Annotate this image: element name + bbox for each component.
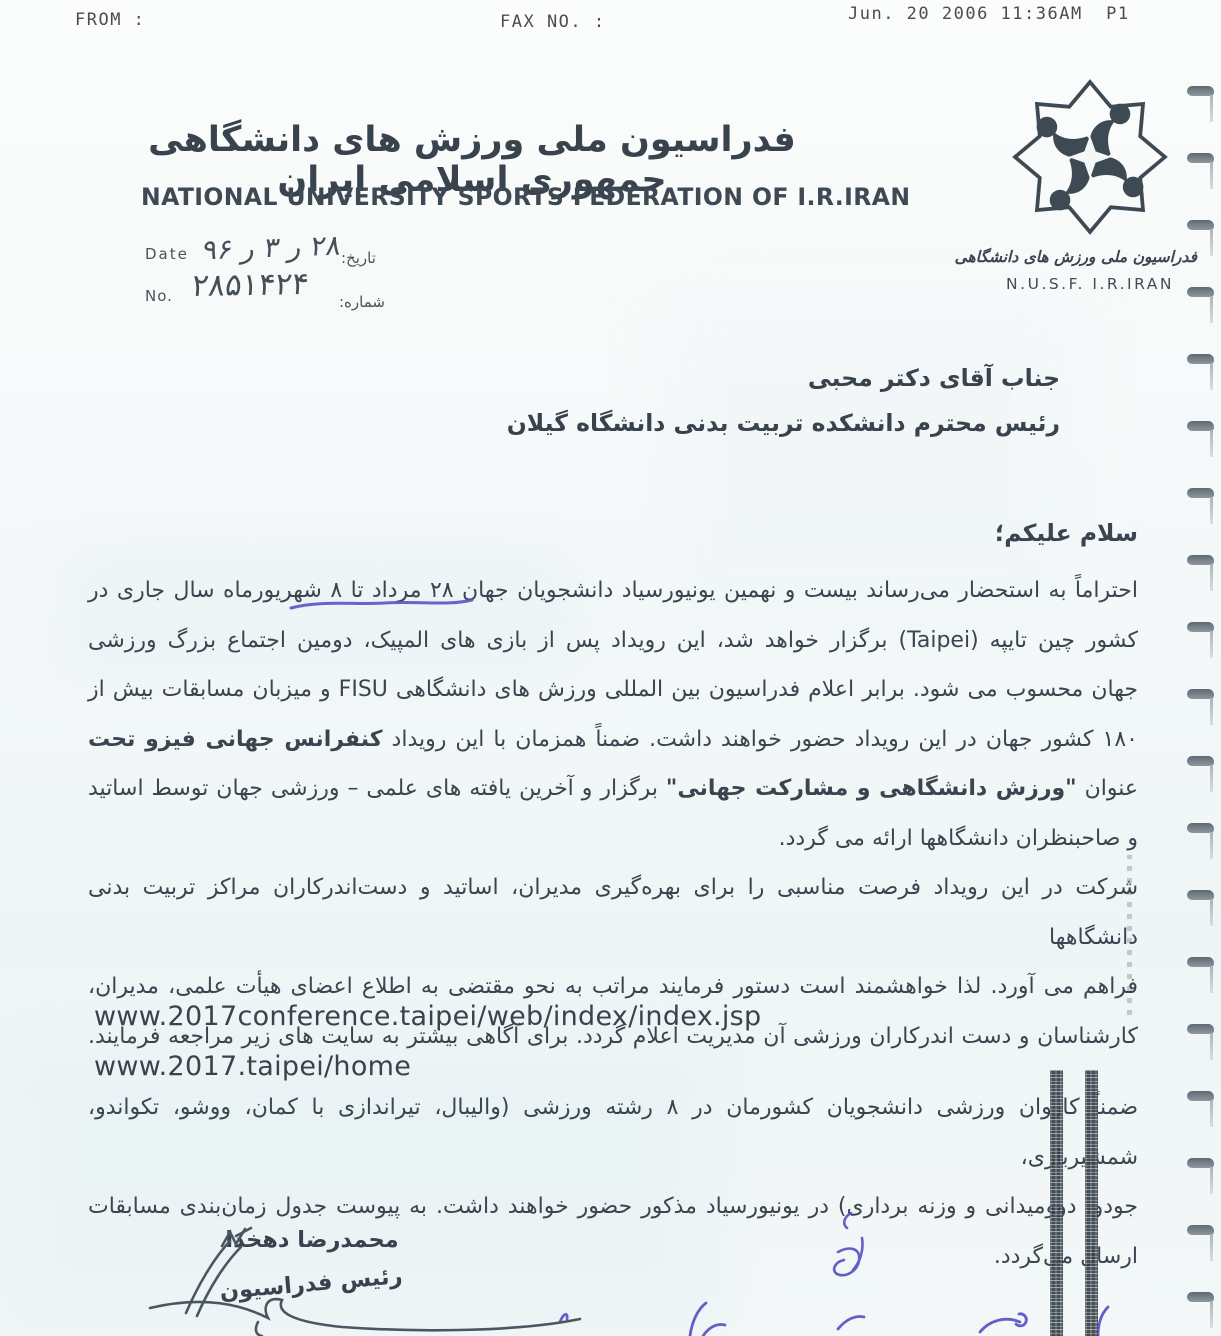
- handwritten-date: ۲۸ ر ۳ ر ۹۶: [201, 229, 344, 267]
- binder-hook: [1187, 488, 1214, 498]
- body-line: عنوان "ورزش دانشگاهی و مشارکت جهانی" برگ…: [88, 764, 1138, 814]
- conference-url: www.2017conference.taipei/web/index/inde…: [94, 992, 761, 1042]
- scan-artifact-dots: [1127, 855, 1132, 1015]
- text-segment: ۱۸۰ کشور جهان در این رویداد حضور خواهند …: [383, 727, 1138, 752]
- binder-hook: [1187, 957, 1214, 967]
- binder-hook: [1187, 1158, 1214, 1168]
- text-segment: جهان محسوب می شود. برابر اعلام فدراسیون …: [88, 677, 1138, 702]
- binder-hook: [1187, 756, 1214, 766]
- paragraphs-main: احتراماً به استحضار می‌رساند بیست و نهمی…: [88, 566, 1138, 1061]
- binder-hook: [1187, 220, 1214, 230]
- signature-name: محمدرضا دهخدا: [220, 1227, 404, 1253]
- eight-point-star-emblem-icon: [990, 68, 1190, 246]
- fax-from-label: FROM :: [75, 10, 145, 30]
- paragraph: احتراماً به استحضار می‌رساند بیست و نهمی…: [88, 566, 1138, 863]
- binder-hook: [1187, 153, 1214, 163]
- addressee-title: رئیس محترم دانشکده تربیت بدنی دانشگاه گی…: [507, 401, 1060, 446]
- url-list: www.2017conference.taipei/web/index/inde…: [94, 992, 761, 1092]
- text-segment: "ورزش دانشگاهی و مشارکت جهانی": [666, 776, 1077, 801]
- text-segment: و صاحبنظران دانشگاهها ارائه می گردد.: [779, 826, 1138, 851]
- binder-hook: [1187, 555, 1214, 565]
- handwritten-number: ۲۸۵۱۴۲۴: [190, 266, 311, 304]
- text-segment: احتراماً به استحضار می‌رساند بیست و نهمی…: [88, 578, 1138, 603]
- logo-caption-english: N.U.S.F. I.R.IRAN: [983, 275, 1197, 293]
- binder-hook: [1187, 287, 1214, 297]
- body-line: و صاحبنظران دانشگاهها ارائه می گردد.: [88, 814, 1138, 864]
- binder-hook: [1187, 689, 1214, 699]
- binder-hook: [1187, 622, 1214, 632]
- logo-caption-farsi: فدراسیون ملی ورزش های دانشگاهی: [983, 248, 1197, 266]
- addressee-name: جناب آقای دکتر محبی: [507, 356, 1060, 401]
- binder-hook: [1187, 823, 1214, 833]
- fax-number-label: FAX NO. :: [500, 12, 606, 32]
- federation-logo: فدراسیون ملی ورزش های دانشگاهی N.U.S.F. …: [983, 68, 1197, 293]
- number-label-en: No.: [145, 287, 173, 305]
- binder-hook: [1187, 1225, 1214, 1235]
- text-segment: کشور چین تایپه (Taipei) برگزار خواهد شد،…: [88, 628, 1138, 653]
- body-line: جودو، دوومیدانی و وزنه برداری) در یونیور…: [88, 1182, 1138, 1232]
- date-label-fa: تاریخ:: [341, 249, 376, 267]
- text-segment: عنوان: [1077, 776, 1138, 801]
- number-label-fa: شماره:: [339, 293, 385, 311]
- salutation: سلام علیکم؛: [88, 518, 1138, 548]
- scan-artifact-stripe: [1050, 1070, 1063, 1336]
- body-line: شرکت در این رویداد فرصت مناسبی را برای ب…: [88, 863, 1138, 962]
- scan-artifact-stripe: [1085, 1070, 1098, 1336]
- binder-hook: [1187, 1292, 1214, 1302]
- text-segment: جودو، دوومیدانی و وزنه برداری) در یونیور…: [88, 1194, 1138, 1219]
- binder-hook: [1187, 421, 1214, 431]
- body-line: کشور چین تایپه (Taipei) برگزار خواهد شد،…: [88, 616, 1138, 666]
- blue-script-bottom: [560, 1303, 1108, 1336]
- letter-body: سلام علیکم؛ احتراماً به استحضار می‌رساند…: [88, 518, 1138, 1061]
- addressee-block: جناب آقای دکتر محبی رئیس محترم دانشکده ت…: [507, 356, 1060, 446]
- fax-timestamp: Jun. 20 2006 11:36AM P1: [848, 4, 1130, 24]
- date-label-en: Date: [145, 245, 189, 263]
- body-line: جهان محسوب می شود. برابر اعلام فدراسیون …: [88, 665, 1138, 715]
- text-segment: کنفرانس جهانی فیزو تحت: [88, 727, 383, 752]
- text-segment: شرکت در این رویداد فرصت مناسبی را برای ب…: [88, 875, 1138, 950]
- letterhead-title-english: NATIONAL UNIVERSITY SPORTS FEDERATION OF…: [141, 183, 910, 211]
- text-segment: ارسال می‌گردد.: [994, 1244, 1138, 1269]
- text-segment: برگزار و آخرین یافته های علمی – ورزشی جه…: [88, 776, 666, 801]
- body-line: احتراماً به استحضار می‌رساند بیست و نهمی…: [88, 566, 1138, 616]
- body-line: ۱۸۰ کشور جهان در این رویداد حضور خواهند …: [88, 715, 1138, 765]
- binder-hook: [1187, 890, 1214, 900]
- binder-hook: [1187, 86, 1214, 96]
- binder-hook: [1187, 354, 1214, 364]
- body-line: ضمناً کاروان ورزشی دانشجویان کشورمان در …: [88, 1083, 1138, 1182]
- fax-page: FROM : FAX NO. : Jun. 20 2006 11:36AM P1…: [0, 0, 1221, 1336]
- text-segment: ضمناً کاروان ورزشی دانشجویان کشورمان در …: [88, 1095, 1138, 1170]
- binder-hook: [1187, 1091, 1214, 1101]
- binder-hook: [1187, 1024, 1214, 1034]
- pinwheel-figures-icon: [1037, 104, 1144, 211]
